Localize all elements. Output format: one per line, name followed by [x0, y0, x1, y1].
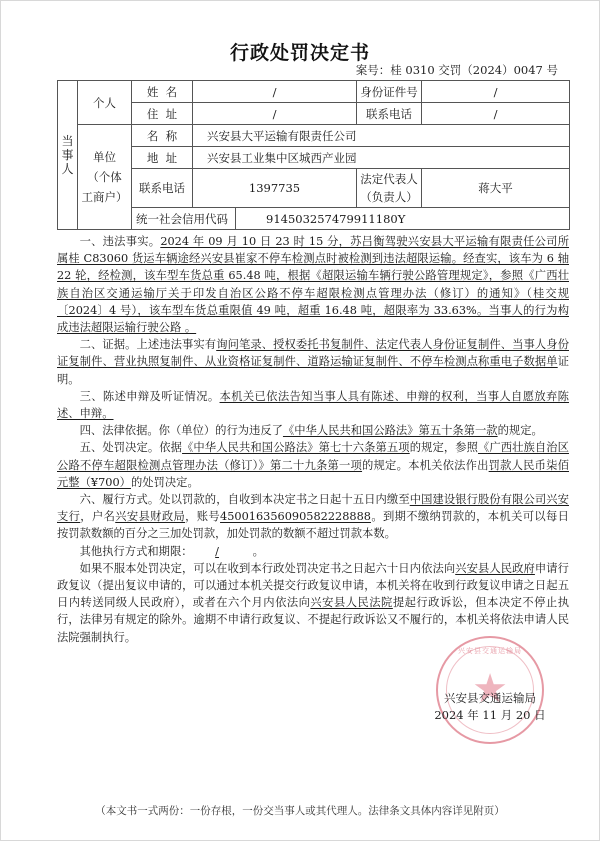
individual-phone-label: 联系电话: [357, 103, 422, 125]
individual-phone-value: /: [422, 103, 570, 125]
case-number: 案号：桂 0310 交罚（2024）0047 号: [356, 62, 558, 78]
seal-text: 兴安县交通运输局: [438, 646, 542, 656]
party-label: 当事人: [58, 81, 78, 230]
decision-body: 一、违法事实。2024 年 09 月 10 日 23 时 15 分，苏吕衡驾驶兴…: [57, 233, 569, 646]
org-name-label: 名 称: [132, 125, 193, 147]
section-execution: 六、履行方式。处以罚款的，自收到本决定书之日起十五日内缴至中国建设银行股份有限公…: [57, 491, 569, 543]
section-decision: 五、处罚决定。依据《中华人民共和国公路法》第七十六条第五项的规定，参照《广西壮族…: [57, 439, 569, 491]
section-evidence: 二、证据。上述违法事实有询问笔录、授权委托书复制件、法定代表人身份证复制件、当事…: [57, 336, 569, 388]
issue-date: 2024 年 11 月 20 日: [420, 707, 560, 724]
section-legal-basis: 四、法律依据。你（单位）的行为违反了《中华人民共和国公路法》第五十条第一款的规定…: [57, 422, 569, 439]
section-other: 其他执行方式和期限：/。: [57, 543, 569, 560]
individual-id-value: /: [422, 81, 570, 103]
party-info-table: 当事人 个人 姓 名 / 身份证件号 / 住 址 / 联系电话 / 单位 （个体…: [57, 80, 570, 230]
individual-address-label: 住 址: [132, 103, 193, 125]
facts-text: 2024 年 09 月 10 日 23 时 15 分，苏吕衡驾驶兴安县大平运输有…: [57, 235, 569, 334]
legal-rep-label: 法定代表人 （负责人）: [357, 169, 422, 208]
account-name: 兴安县财政局: [115, 510, 185, 523]
footer-note: （本文书一式两份：一份存根，一份交当事人或其代理人。法律条文具体内容详见附页）: [0, 803, 600, 818]
appeal-government: 兴安县人民政府: [455, 562, 535, 575]
credit-code-value: 914503257479911180Y: [236, 208, 570, 230]
issuing-authority: 兴安县交通运输局: [420, 690, 560, 707]
legal-rep-value: 蒋大平: [422, 169, 570, 208]
individual-address-value: /: [193, 103, 357, 125]
org-name-value: 兴安县大平运输有限责任公司: [193, 125, 570, 147]
org-phone-value: 1397735: [193, 169, 357, 208]
signature-block: 兴安县交通运输局 2024 年 11 月 20 日: [420, 690, 560, 724]
individual-name-label: 姓 名: [132, 81, 193, 103]
document-title: 行政处罚决定书: [0, 38, 600, 65]
individual-name-value: /: [193, 81, 357, 103]
appeal-court: 兴安县人民法院: [310, 596, 392, 609]
section-appeal: 如果不服本处罚决定，可以在收到本行政处罚决定书之日起六十日内依法向兴安县人民政府…: [57, 560, 569, 646]
org-address-value: 兴安县工业集中区城西产业园: [193, 147, 570, 169]
legal-basis-text: 《中华人民共和国公路法》第五十条第一款: [283, 424, 498, 437]
section-facts: 一、违法事实。2024 年 09 月 10 日 23 时 15 分，苏吕衡驾驶兴…: [57, 233, 569, 336]
account-number: 450016356090582228888: [220, 510, 371, 523]
org-address-label: 地 址: [132, 147, 193, 169]
organization-section-label: 单位 （个体 工商户）: [78, 125, 132, 230]
individual-id-label: 身份证件号: [357, 81, 422, 103]
org-phone-label: 联系电话: [132, 169, 193, 208]
credit-code-label: 统一社会信用代码: [132, 208, 236, 230]
section-statement: 三、陈述申辩及听证情况。本机关已依法告知当事人具有陈述、申辩的权利，当事人自愿放…: [57, 388, 569, 422]
individual-section-label: 个人: [78, 81, 132, 125]
